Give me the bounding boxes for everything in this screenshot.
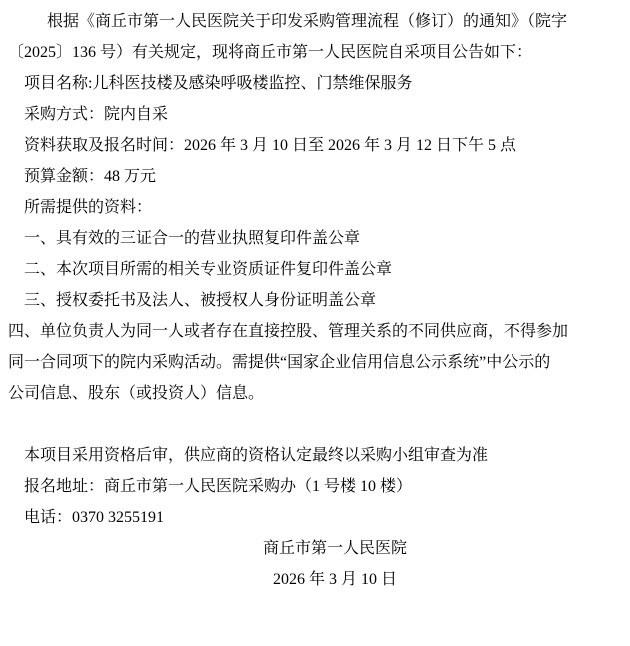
text-line: 一、具有效的三证合一的营业执照复印件盖公章 bbox=[24, 223, 630, 254]
text-line: 预算金额：48 万元 bbox=[24, 161, 630, 192]
text-line: 二、本次项目所需的相关专业资质证件复印件盖公章 bbox=[24, 254, 630, 285]
signature-line: 2026 年 3 月 10 日 bbox=[40, 564, 630, 595]
text-line: 公司信息、股东（或投资人）信息。 bbox=[8, 378, 630, 409]
text-line: 四、单位负责人为同一人或者存在直接控股、管理关系的不同供应商，不得参加 bbox=[8, 316, 630, 347]
text-line: 根据《商丘市第一人民医院关于印发采购管理流程（修订）的通知》（院字 bbox=[24, 6, 630, 37]
text-line: 所需提供的资料： bbox=[24, 192, 630, 223]
text-line: 本项目采用资格后审，供应商的资格认定最终以采购小组审查为准 bbox=[24, 440, 630, 471]
signature-line: 商丘市第一人民医院 bbox=[40, 533, 630, 564]
text-line: 三、授权委托书及法人、被授权人身份证明盖公章 bbox=[24, 285, 630, 316]
text-line: 电话：0370 3255191 bbox=[24, 502, 630, 533]
text-line: 采购方式：院内自采 bbox=[24, 99, 630, 130]
text-line: 资料获取及报名时间：2026 年 3 月 10 日至 2026 年 3 月 12… bbox=[24, 130, 630, 161]
document-page: 根据《商丘市第一人民医院关于印发采购管理流程（修订）的通知》（院字〔2025〕1… bbox=[0, 0, 630, 646]
text-line: 同一合同项下的院内采购活动。需提供“国家企业信用信息公示系统”中公示的 bbox=[8, 347, 630, 378]
text-line: 〔2025〕136 号）有关规定，现将商丘市第一人民医院自采项目公告如下： bbox=[8, 37, 630, 68]
text-line: 报名地址：商丘市第一人民医院采购办（1 号楼 10 楼） bbox=[24, 471, 630, 502]
text-line: 项目名称:儿科医技楼及感染呼吸楼监控、门禁维保服务 bbox=[24, 68, 630, 99]
blank-line bbox=[24, 409, 630, 440]
